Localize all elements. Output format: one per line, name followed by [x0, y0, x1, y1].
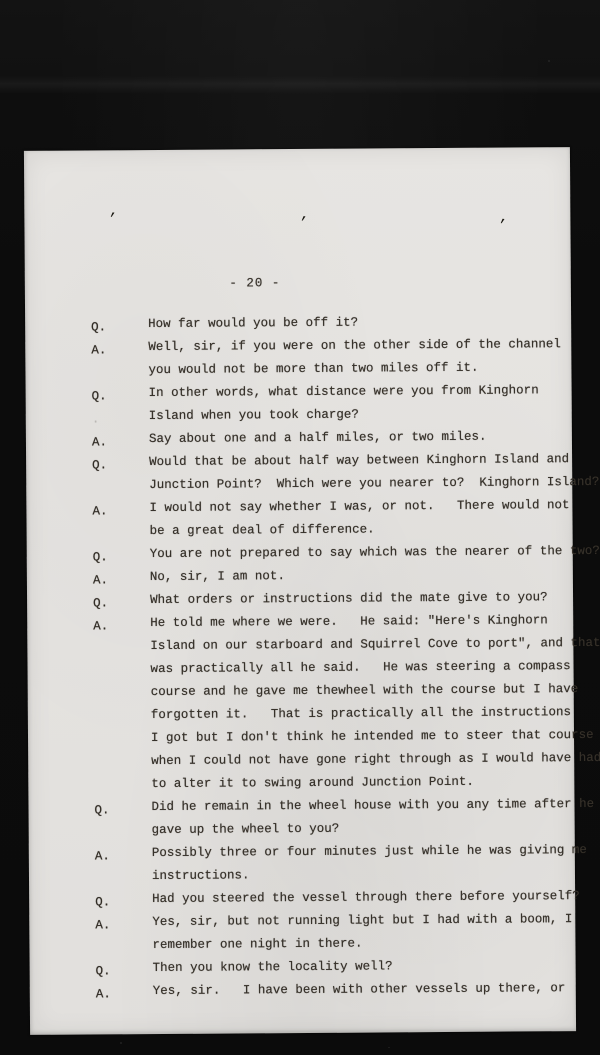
speaker-marker: A.	[93, 573, 108, 587]
transcript-text: Yes, sir, but not running light but I ha…	[152, 912, 572, 929]
speaker-marker: Q.	[96, 964, 111, 978]
transcript-text: Did he remain in the wheel house with yo…	[151, 797, 594, 814]
dust-speck	[120, 1042, 122, 1044]
transcript-text: How far would you be off it?	[148, 316, 358, 331]
transcript-text: gave up the wheel to you?	[152, 822, 340, 837]
speaker-marker: A.	[96, 987, 111, 1001]
page-number: - 20 -	[205, 276, 305, 291]
speaker-marker: Q.	[93, 550, 108, 564]
transcript-text: Island on our starboard and Squirrel Cov…	[150, 636, 600, 653]
speaker-marker: .	[92, 412, 100, 426]
transcript-text: I would not say whether I was, or not. T…	[149, 498, 569, 515]
transcript-text: You are not prepared to say which was th…	[150, 544, 600, 561]
speaker-marker: Q.	[93, 596, 108, 610]
speaker-marker: A.	[92, 504, 107, 518]
transcript-text: Then you know the locality well?	[153, 959, 393, 975]
transcript-text: you would not be more than two miles off…	[148, 361, 478, 377]
transcript-text: Would that be about half way between Kin…	[149, 452, 569, 469]
transcript-line: A.Yes, sir. I have been with other vesse…	[30, 980, 576, 1007]
transcript-text: Junction Point? Which were you nearer to…	[149, 475, 599, 492]
transcript-text: Yes, sir. I have been with other vessels…	[153, 981, 566, 998]
speaker-marker: A.	[95, 918, 110, 932]
transcript-text: Well, sir, if you were on the other side…	[148, 337, 561, 354]
ink-mark-icon: ’	[497, 218, 508, 234]
transcript-text: Had you steered the vessel through there…	[152, 889, 580, 906]
transcript-text: Island when you took charge?	[149, 408, 359, 423]
transcript-text: course and he gave me thewheel with the …	[151, 682, 579, 699]
speaker-marker: Q.	[91, 320, 106, 334]
transcript-text: when I could not have gone right through…	[151, 751, 600, 768]
dust-speck	[388, 1047, 390, 1048]
transcript-text: What orders or instructions did the mate…	[150, 590, 548, 607]
ink-mark-icon: ’	[297, 215, 308, 231]
dust-speck	[548, 60, 550, 62]
speaker-marker: A.	[92, 435, 107, 449]
transcript-text: remember one night in there.	[152, 937, 362, 952]
transcript-text: He told me where we were. He said: "Here…	[150, 613, 548, 630]
transcript: Q.How far would you be off it?A.Well, si…	[25, 313, 576, 1007]
speaker-marker: A.	[95, 849, 110, 863]
transcript-text: forgotten it. That is practically all th…	[151, 705, 571, 722]
scan-background: ’ ’ ’ - 20 - Q.How far would you be off …	[0, 0, 600, 1055]
transcript-text: instructions.	[152, 868, 250, 883]
transcript-text: In other words, what distance were you f…	[149, 383, 539, 400]
transcript-text: to alter it to swing around Junction Poi…	[151, 775, 474, 791]
speaker-marker: Q.	[92, 389, 107, 403]
ink-mark-icon: ’	[106, 212, 117, 228]
speaker-marker: A.	[93, 619, 108, 633]
transcript-text: was practically all he said. He was stee…	[150, 659, 570, 676]
document-page: ’ ’ ’ - 20 - Q.How far would you be off …	[24, 147, 576, 1035]
transcript-text: Possibly three or four minutes just whil…	[152, 843, 587, 860]
transcript-text: I got but I don't think he intended me t…	[151, 728, 594, 745]
transcript-text: be a great deal of difference.	[150, 522, 375, 538]
transcript-text: Say about one and a half miles, or two m…	[149, 430, 487, 446]
transcript-text: No, sir, I am not.	[150, 569, 285, 584]
speaker-marker: Q.	[94, 803, 109, 817]
speaker-marker: Q.	[92, 458, 107, 472]
speaker-marker: Q.	[95, 895, 110, 909]
speaker-marker: A.	[91, 343, 106, 357]
